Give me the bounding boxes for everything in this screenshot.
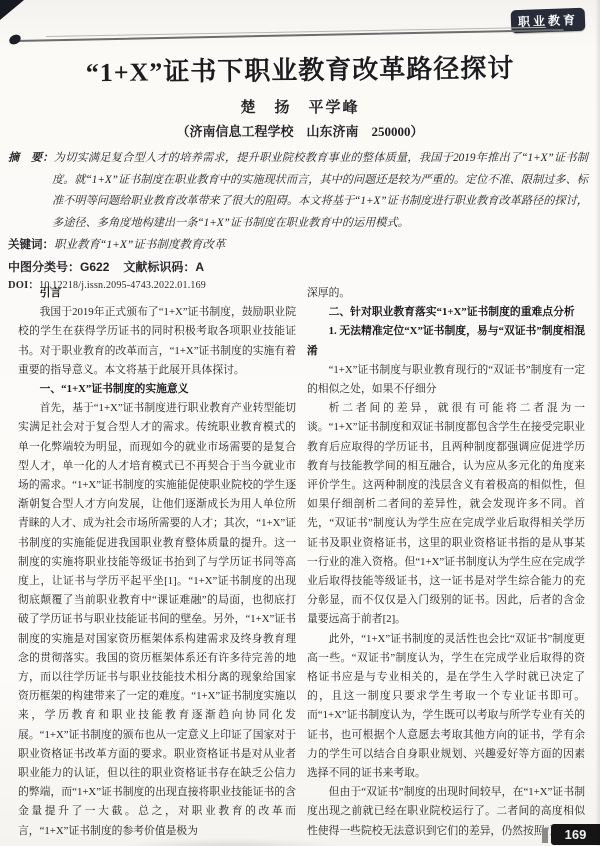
clc-line: 中图分类号：G622文献标识码：A <box>8 258 588 275</box>
paper-title: “1+X”证书下职业教育改革路径探讨 <box>0 47 600 90</box>
continuation-line: 深厚的。 <box>307 284 585 303</box>
left-column: 引言 我国于2019年正式颁布了“1+X”证书制度，鼓励职业院校的学生在获得学历… <box>18 284 296 841</box>
scanned-paper-page: 职业教育 “1+X”证书下职业教育改革路径探讨 楚 扬 平学峰 （济南信息工程学… <box>0 0 600 846</box>
paragraph: 此外，“1+X”证书制度的灵活性也会比“双证书”制度更高一些。“双证书”制度认为… <box>307 630 585 784</box>
keywords-text: 职业教育“1+X”证书制度教育改革 <box>54 239 225 251</box>
header-rule-ink-blob <box>8 33 23 47</box>
abstract: 摘 要：为切实满足复合型人才的培养需求，提升职业院校教育事业的整体质量，我国于2… <box>8 148 588 234</box>
doc-code-value: A <box>195 260 204 274</box>
section-heading-2: 二、针对职业教育落实“1+X”证书制度的重难点分析 <box>307 303 585 322</box>
paragraph: 析二者间的差异，就很有可能将二者混为一谈。“1+X”证书制度和双证书制度都包含学… <box>307 399 585 629</box>
page-number-badge: 169 <box>551 824 600 845</box>
page-number: 169 <box>565 827 587 842</box>
affiliation: （济南信息工程学校 山东济南 250000） <box>0 121 600 140</box>
authors: 楚 扬 平学峰 <box>0 96 600 117</box>
scan-bottom-shadow <box>120 838 340 846</box>
section-heading-intro: 引言 <box>18 284 296 303</box>
subsection-heading-1: 1. 无法精准定位“X”证书制度，易与“双证书”制度相混淆 <box>307 322 585 360</box>
clc-value: G622 <box>80 260 109 274</box>
keywords-label: 关键词： <box>8 239 54 251</box>
abstract-label: 摘 要： <box>8 152 54 164</box>
paragraph: 首先，基于“1+X”证书制度进行职业教育产业转型能切实满足社会对于复合型人才的需… <box>18 399 296 841</box>
paragraph: “1+X”证书制度与职业教育现行的“双证书”制度有一定的相似之处，如果不仔细分 <box>307 361 585 399</box>
section-heading-1: 一、“1+X”证书制度的实施意义 <box>18 380 296 399</box>
paragraph: 我国于2019年正式颁布了“1+X”证书制度，鼓励职业院校的学生在获得学历证书的… <box>18 303 296 380</box>
clc-label: 中图分类号： <box>8 260 80 274</box>
body-columns: 引言 我国于2019年正式颁布了“1+X”证书制度，鼓励职业院校的学生在获得学历… <box>18 284 585 841</box>
page-number-bar <box>542 828 548 843</box>
abstract-text: 为切实满足复合型人才的培养需求，提升职业院校教育事业的整体质量，我国于2019年… <box>52 152 588 229</box>
front-matter: 摘 要：为切实满足复合型人才的培养需求，提升职业院校教育事业的整体质量，我国于2… <box>8 148 588 292</box>
right-column: 深厚的。 二、针对职业教育落实“1+X”证书制度的重难点分析 1. 无法精准定位… <box>307 284 585 841</box>
doc-code-label: 文献标识码： <box>123 260 195 274</box>
keywords-line: 关键词：职业教育“1+X”证书制度教育改革 <box>8 237 588 254</box>
scan-corner-artifact <box>0 0 24 20</box>
